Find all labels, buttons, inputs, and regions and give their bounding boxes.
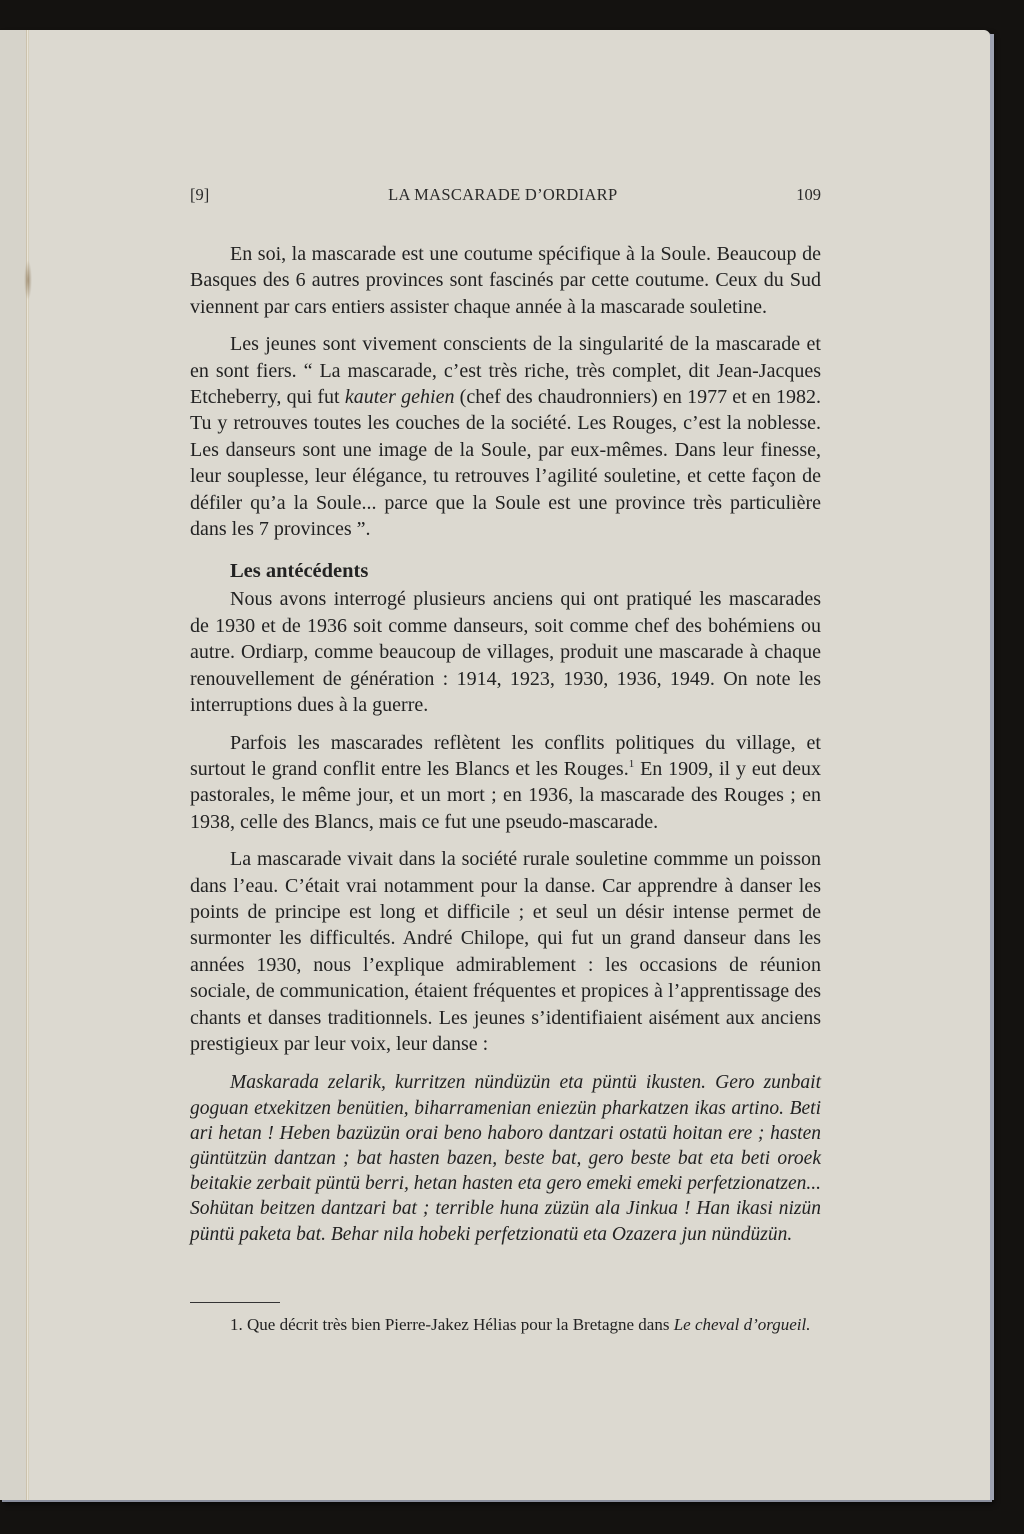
gutter-stain (24, 260, 32, 300)
paragraph-5: La mascarade vivait dans la société rura… (190, 846, 821, 1057)
footnote: 1. Que décrit très bien Pierre-Jakez Hél… (190, 1313, 821, 1336)
page-stack-edge (990, 34, 994, 1500)
paragraph-3: Nous avons interrogé plusieurs anciens q… (190, 586, 821, 718)
section-heading: Les antécédents (230, 558, 821, 584)
page-number: 109 (796, 185, 821, 205)
section-number: [9] (190, 185, 209, 205)
book-gutter (26, 30, 29, 1500)
footnote-number: 1. (230, 1315, 243, 1334)
footnote-divider (190, 1302, 280, 1304)
paragraph-2: Les jeunes sont vivement conscients de l… (190, 331, 821, 542)
italic-term: kauter gehien (345, 386, 455, 408)
book-page: [9] LA MASCARADE D’ORDIARP 109 En soi, l… (0, 30, 990, 1500)
running-title: LA MASCARADE D’ORDIARP (388, 185, 617, 205)
paragraph-1: En soi, la mascarade est une coutume spé… (190, 241, 821, 320)
basque-quotation: Maskarada zelarik, kurritzen nündüzün et… (190, 1070, 821, 1246)
facing-page-edge (0, 30, 27, 1500)
body-text: En soi, la mascarade est une coutume spé… (190, 241, 821, 1336)
paragraph-text: (chef des chaudronniers) en 1977 et en 1… (190, 386, 821, 540)
page-content: [9] LA MASCARADE D’ORDIARP 109 En soi, l… (190, 185, 821, 1347)
footnote-book-title: Le cheval d’orgueil. (674, 1315, 811, 1334)
footnote-text: Que décrit très bien Pierre-Jakez Hélias… (243, 1315, 674, 1334)
paragraph-4: Parfois les mascarades reflètent les con… (190, 730, 821, 836)
running-head: [9] LA MASCARADE D’ORDIARP 109 (190, 185, 821, 209)
